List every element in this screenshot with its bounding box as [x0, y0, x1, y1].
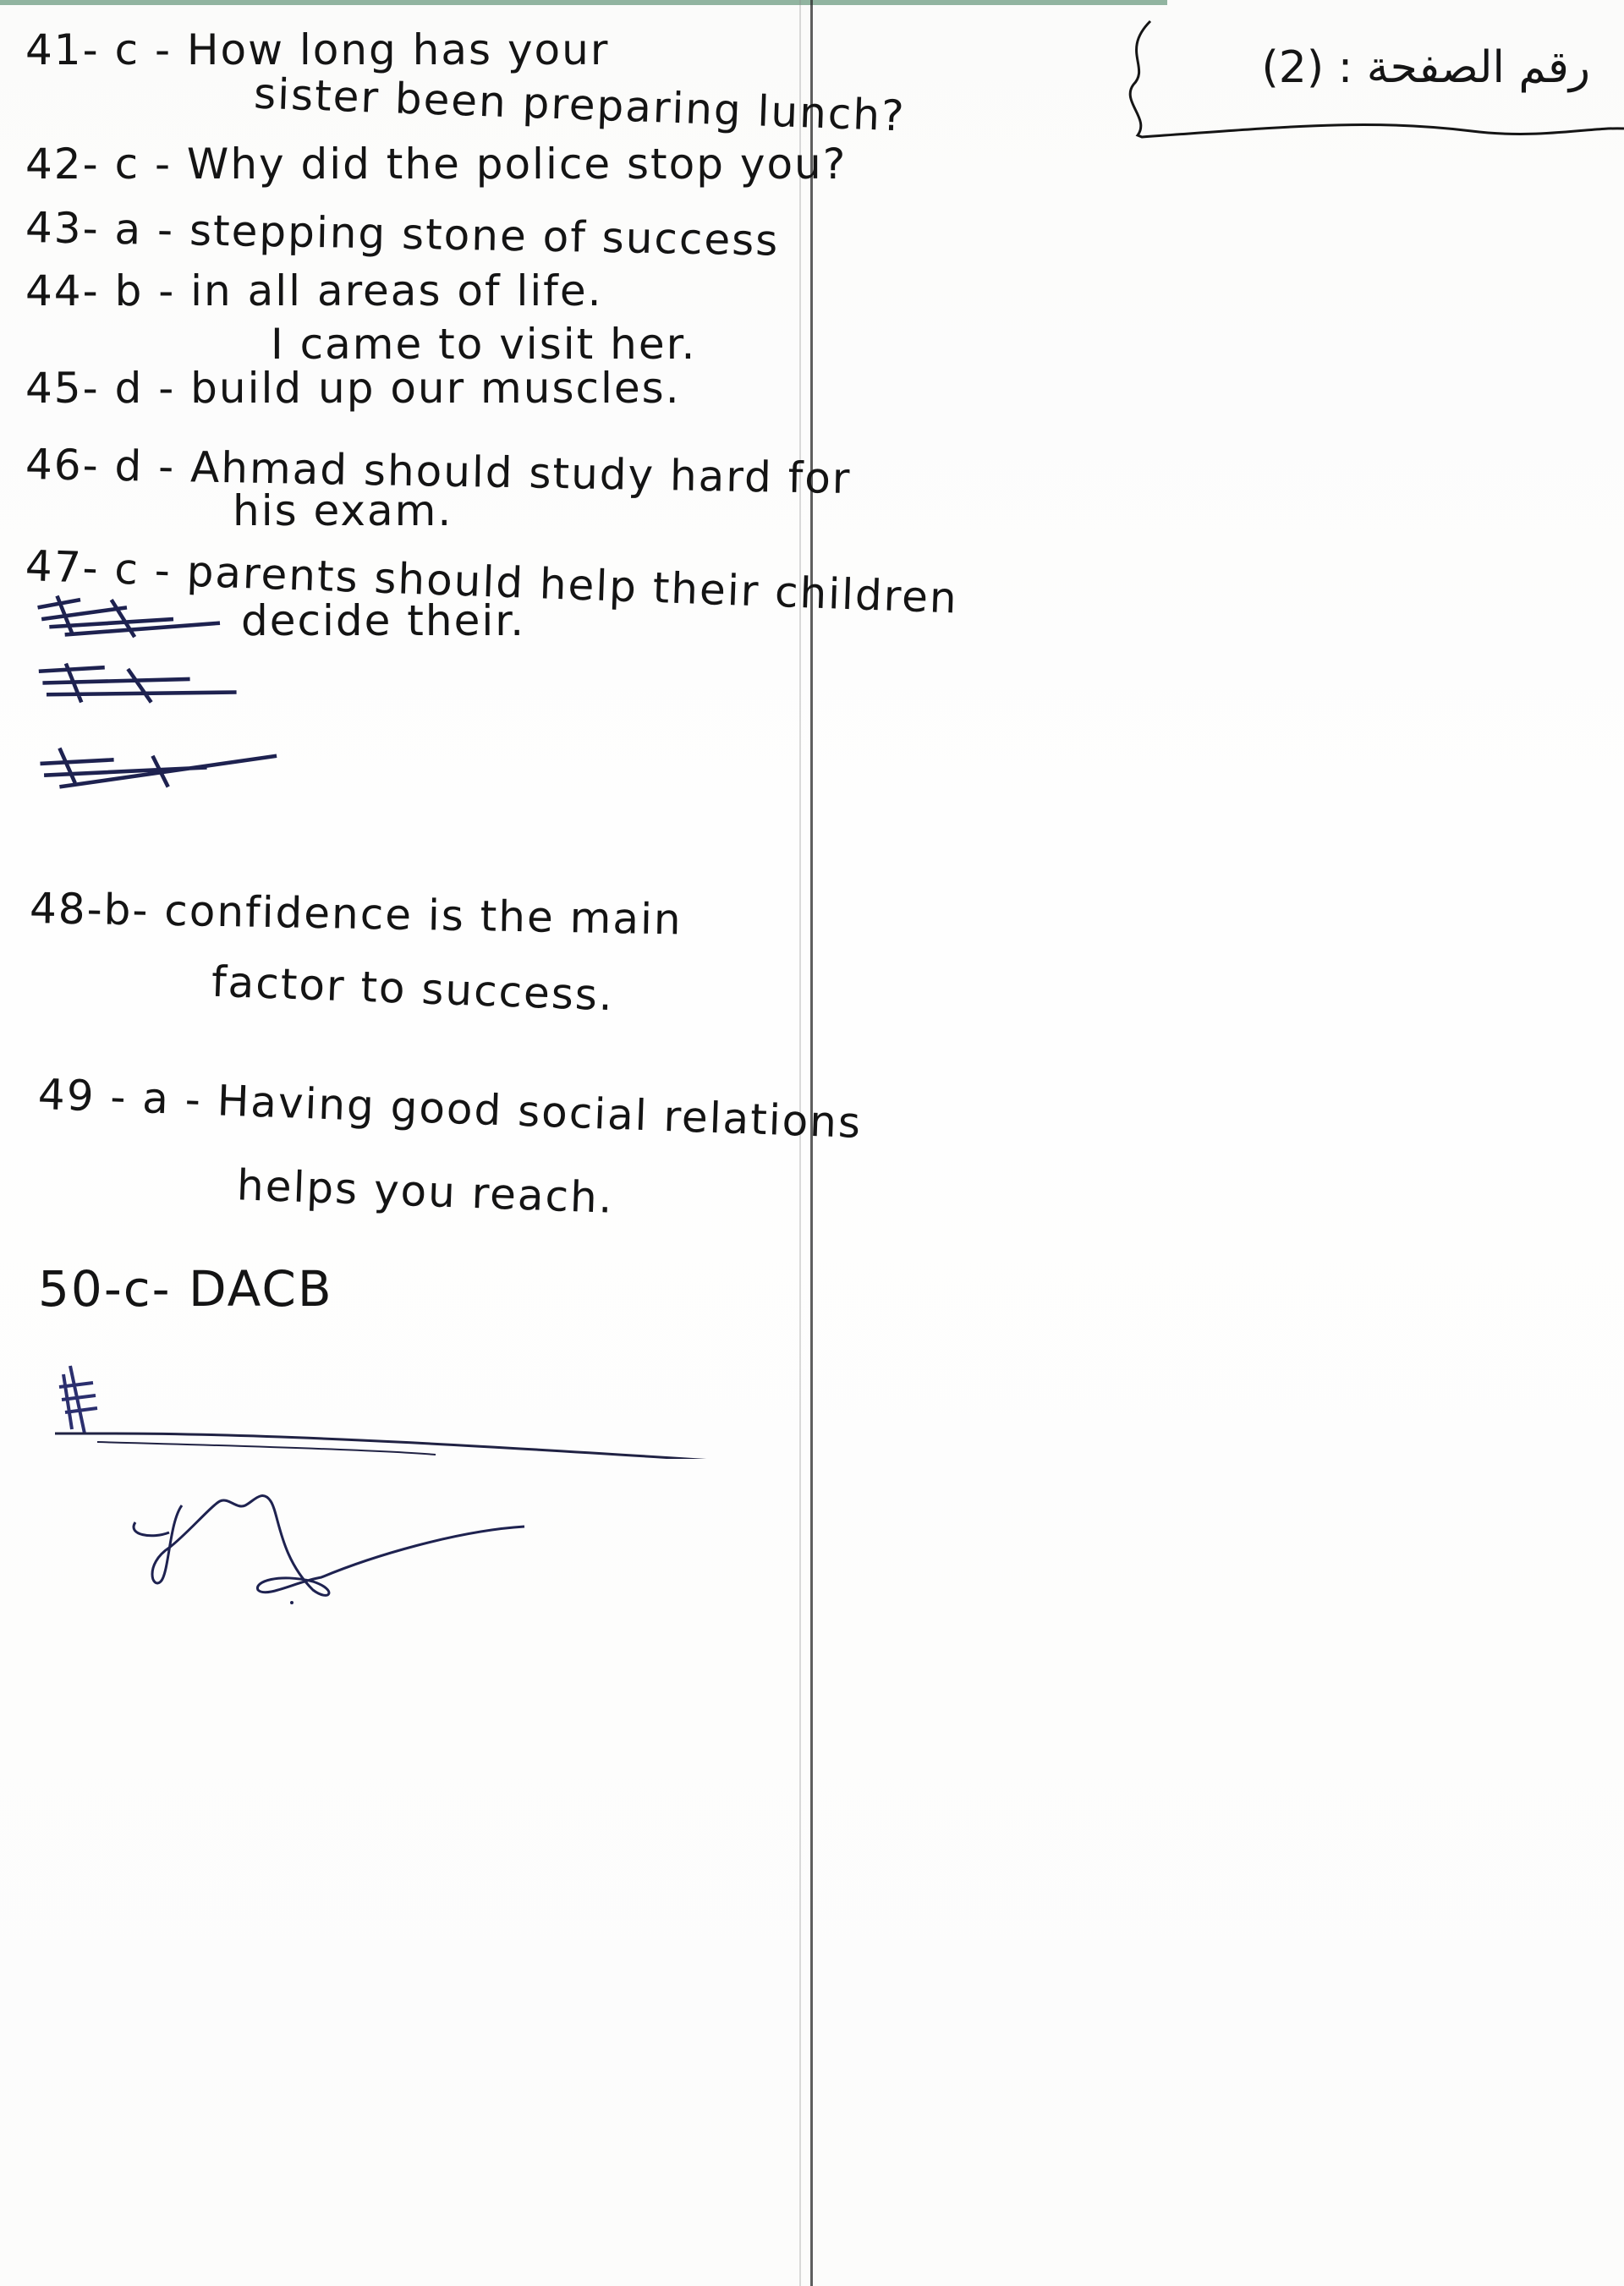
answer-50: 50-c- DACB — [38, 1260, 333, 1318]
answer-text: stepping stone of success — [189, 206, 780, 265]
examiner-signature — [118, 1455, 558, 1607]
answer-45-line1: I came to visit her. — [271, 320, 696, 369]
end-of-answers-line — [47, 1349, 757, 1459]
answer-text: Why did the police stop you? — [187, 140, 847, 189]
answer-text: confidence is the main — [164, 886, 683, 945]
answer-45: 45- d - build up our muscles. — [25, 364, 681, 413]
page-number-label: رقم الصفحة : (2) — [1262, 42, 1591, 93]
answer-44: 44- b - in all areas of life. — [25, 266, 603, 315]
answer-41: 41- c - How long has your — [25, 25, 609, 74]
answer-text: in all areas of life. — [190, 266, 602, 315]
answer-47-line2: decide their. — [241, 596, 525, 645]
answer-text: DACB — [189, 1260, 333, 1318]
answer-number: 41- c - — [25, 25, 172, 74]
answer-text: How long has your — [187, 25, 609, 74]
crossed-out-50 — [25, 744, 288, 791]
crossed-out-48 — [25, 592, 228, 639]
green-top-edge — [0, 0, 1167, 5]
crossed-out-49 — [25, 660, 254, 706]
page-number-box: رقم الصفحة : (2) — [1116, 17, 1624, 144]
answer-text: build up our muscles. — [190, 364, 680, 413]
answer-46-line2: his exam. — [233, 486, 453, 535]
answer-42: 42- c - Why did the police stop you? — [25, 140, 847, 189]
